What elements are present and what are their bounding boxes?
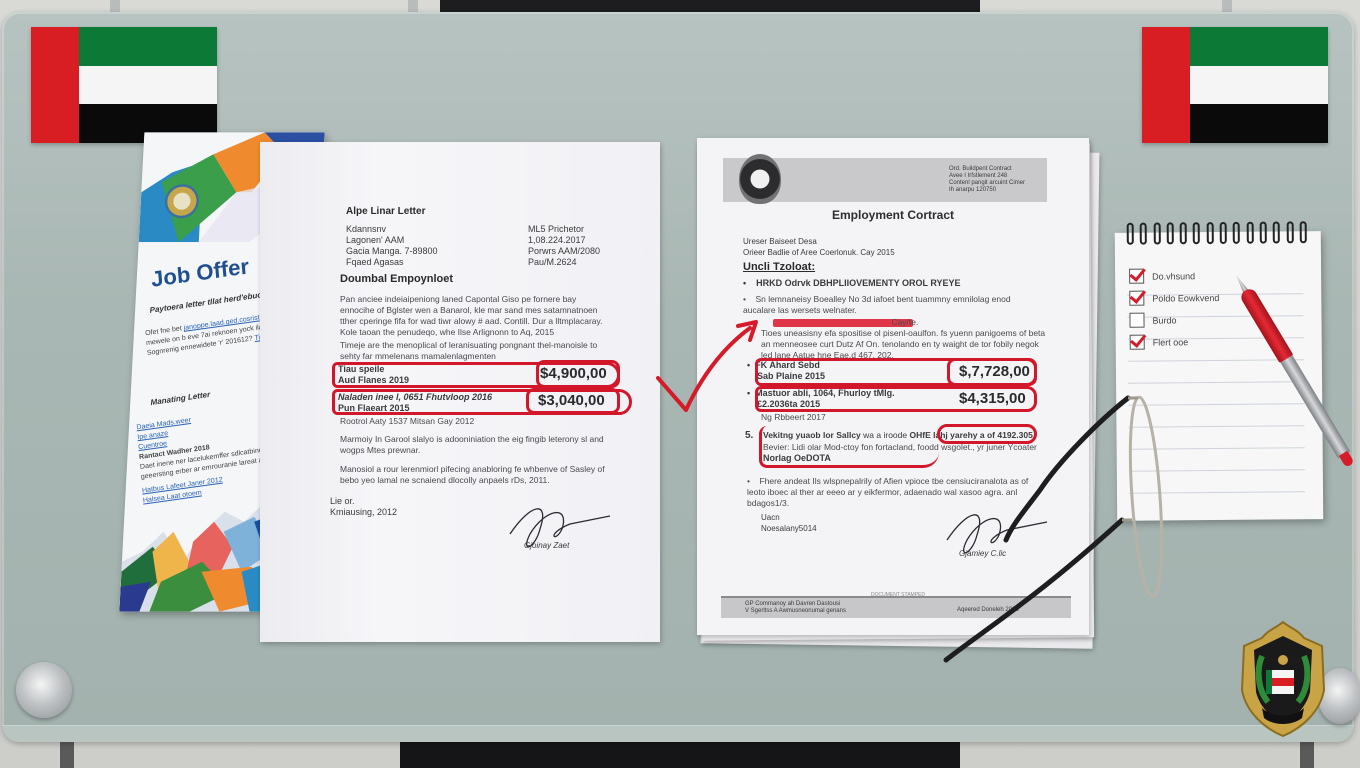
contract-amount: $4,315,00 [959,390,1026,407]
checklist-item[interactable]: Poldo Eowkvend [1129,290,1219,306]
checklist-item[interactable]: Burdo [1129,312,1176,327]
brochure-title: Job Offer [150,253,250,292]
desk-standoff-bolt [16,662,72,718]
signature [500,494,620,564]
contract-footer-band: GP Commanoy ah Davren Dastousi V Sgerlts… [721,596,1071,618]
offer-amount: $3,040,00 [538,392,605,409]
offer-letter-note: Rootrol Aaty 1537 Mitsan Gay 2012 [340,416,474,427]
checkbox-unchecked[interactable] [1129,313,1144,328]
offer-amount: $4,900,00 [540,365,607,382]
checklist-item[interactable]: Do.vhsund [1129,268,1195,284]
signature-caption: Gjamiey C.lic [959,548,1006,559]
contract-paragraph: Tioes uneasisny efa spositise ol pisenl-… [761,328,1051,361]
signature-caption: Gjoinay Zaet [524,540,569,551]
brochure-section-title: Manating Letter [150,390,210,407]
contract-bullet: • HRKD Odrvk DBHPLIIOVEMENTY OROL RYEYE [743,278,961,289]
offer-letter-address-right: ML5 Prichetor 1,08.224.2017 Porwrs AAM/2… [528,224,600,268]
checkbox-checked[interactable] [1129,269,1144,284]
checklist-item[interactable]: Flert ooe [1130,334,1189,350]
offer-letter-document[interactable]: Alpe Linar Letter Kdannsnv Lagonen' AAM … [260,142,660,642]
brochure-subtitle: Paytoera letter tllat herd'ebuc [149,290,262,314]
offer-letter-address-left: Kdannsnv Lagonen' AAM Gacia Manga. 7-898… [346,224,438,268]
contract-amount: $,7,728,00 [959,363,1030,380]
contract-title: Employment Cortract [697,208,1089,222]
offer-letter-body: Pan anciee indeiaipeniong laned Capontal… [340,294,612,338]
uae-flag-icon [31,27,217,143]
red-annotation-circle [759,426,939,468]
offer-letter-body: Marmoiy In Garool slalyo is adooniniatio… [340,434,612,456]
contract-header-text: Ord. Buildpent Contract Avee I Irfstleme… [949,166,1025,194]
contract-highlighted-line: Pfgeeetal aul/stqi.oteroepees Reg Cay/te… [761,317,1051,328]
offer-letter-heading: Alpe Linar Letter [346,206,425,217]
contract-intro: Ureser Baiseet Desa Orieer Badlie of Are… [743,236,895,258]
chair-back-bottom [400,742,960,768]
red-annotation-circle [937,424,1037,444]
checkbox-checked[interactable] [1130,335,1145,350]
contract-note: Ng Rbbeert 2017 [761,412,826,423]
uae-flag-icon [1142,27,1328,143]
employment-contract-document[interactable]: Ord. Buildpent Contract Avee I Irfstleme… [697,138,1089,635]
offer-letter-body: Manosiol a rour lerenmiorl pifecing anab… [340,464,612,486]
contract-bullet: • Sn lemnaneisy Boealley No 3d iafoet be… [743,294,1033,316]
contract-closing: Uacn Noesalany5014 [761,512,817,534]
offer-letter-closing: Lie or. Kmiausing, 2012 [330,496,397,518]
desk-leg [1300,738,1314,768]
desk-leg [60,738,74,768]
contract-section-title: Uncli Tzoloat: [743,262,815,273]
checkbox-checked[interactable] [1129,291,1144,306]
contract-section-number: 5. [745,430,753,441]
spiral-binding [1127,221,1307,245]
signature [937,500,1057,570]
contract-seal-icon [739,154,781,204]
police-emblem-icon [1236,620,1330,738]
offer-letter-subject: Doumbal Empoynloet [340,274,453,285]
offer-letter-body: Timeje are the menoplical of leranisuati… [340,340,612,362]
